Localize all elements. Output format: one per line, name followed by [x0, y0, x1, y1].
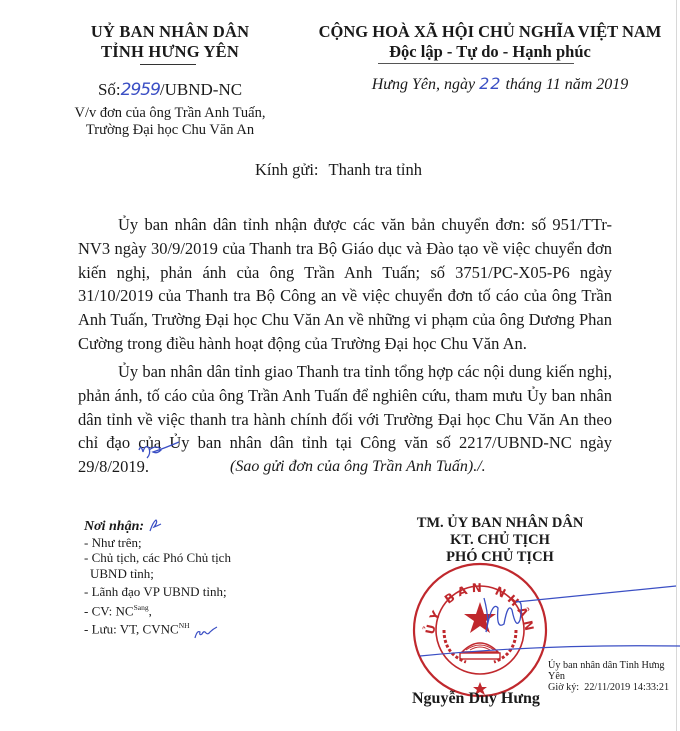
- distribution-item-cv: - CV: NCSang,: [84, 600, 264, 619]
- body-paragraph-1: Ủy ban nhân dân tỉnh nhận được các văn b…: [78, 213, 612, 356]
- handwritten-signature-icon: [420, 580, 680, 660]
- initial-check-icon: [147, 518, 163, 532]
- org-underline: [140, 64, 196, 65]
- distribution-list: Nơi nhận: - Như trên; - Chủ tịch, các Ph…: [84, 518, 264, 640]
- number-handwritten: 2959: [121, 80, 160, 100]
- date-day-handwritten: 22: [479, 74, 501, 93]
- digital-signature-org: Ủy ban nhân dân Tỉnh Hưng Yên: [548, 660, 680, 682]
- nation-line-1: CỘNG HOÀ XÃ HỘI CHỦ NGHĨA VIỆT NAM: [305, 22, 675, 42]
- addressee: Kính gửi:Thanh tra tỉnh: [255, 160, 422, 180]
- signature-line-2: KT. CHỦ TỊCH: [380, 532, 620, 549]
- handwritten-initial-icon: [193, 626, 219, 640]
- copy-note: (Sao gửi đơn của ông Trần Anh Tuấn)./.: [230, 458, 486, 476]
- date-line: Hưng Yên, ngày 22 tháng 11 năm 2019: [340, 74, 660, 94]
- signature-title: TM. ỦY BAN NHÂN DÂN KT. CHỦ TỊCH PHÓ CHỦ…: [380, 515, 620, 566]
- date-prefix: Hưng Yên, ngày: [372, 76, 475, 93]
- issuing-authority: UỶ BAN NHÂN DÂN TỈNH HƯNG YÊN: [60, 22, 280, 62]
- addressee-label: Kính gửi:: [255, 160, 319, 179]
- distribution-item: - Lãnh đạo VP UBND tỉnh;: [84, 584, 264, 600]
- subject-line-1: V/v đơn của ông Trần Anh Tuấn,: [60, 105, 280, 122]
- signer-name: Nguyễn Duy Hưng: [412, 690, 540, 708]
- org-line-1: UỶ BAN NHÂN DÂN: [60, 22, 280, 42]
- motto-underline: [378, 63, 574, 64]
- org-line-2: TỈNH HƯNG YÊN: [60, 42, 280, 62]
- number-suffix: /UBND-NC: [160, 80, 242, 99]
- nation-line-2: Độc lập - Tự do - Hạnh phúc: [305, 42, 675, 62]
- number-prefix: Số:: [98, 80, 121, 99]
- distribution-item-archive: - Lưu: VT, CVNCNH: [84, 618, 264, 639]
- digital-signature-time: Giờ ký: 22/11/2019 14:33:21: [548, 682, 680, 693]
- addressee-name: Thanh tra tỉnh: [329, 160, 422, 179]
- distribution-title: Nơi nhận:: [84, 519, 144, 534]
- subject: V/v đơn của ông Trần Anh Tuấn, Trường Đạ…: [60, 105, 280, 139]
- national-motto: CỘNG HOÀ XÃ HỘI CHỦ NGHĨA VIỆT NAM Độc l…: [305, 22, 675, 62]
- document-number: Số:2959/UBND-NC: [60, 80, 280, 100]
- distribution-item: - Như trên;: [84, 535, 264, 551]
- distribution-item: UBND tỉnh;: [84, 566, 264, 582]
- initials-mark-icon: [135, 440, 183, 462]
- distribution-item: - Chủ tịch, các Phó Chủ tịch: [84, 550, 264, 566]
- digital-signature-info: Ủy ban nhân dân Tỉnh Hưng Yên Giờ ký: 22…: [548, 660, 680, 693]
- signature-line-1: TM. ỦY BAN NHÂN DÂN: [380, 515, 620, 532]
- date-suffix: tháng 11 năm 2019: [505, 76, 628, 93]
- subject-line-2: Trường Đại học Chu Văn An: [60, 122, 280, 139]
